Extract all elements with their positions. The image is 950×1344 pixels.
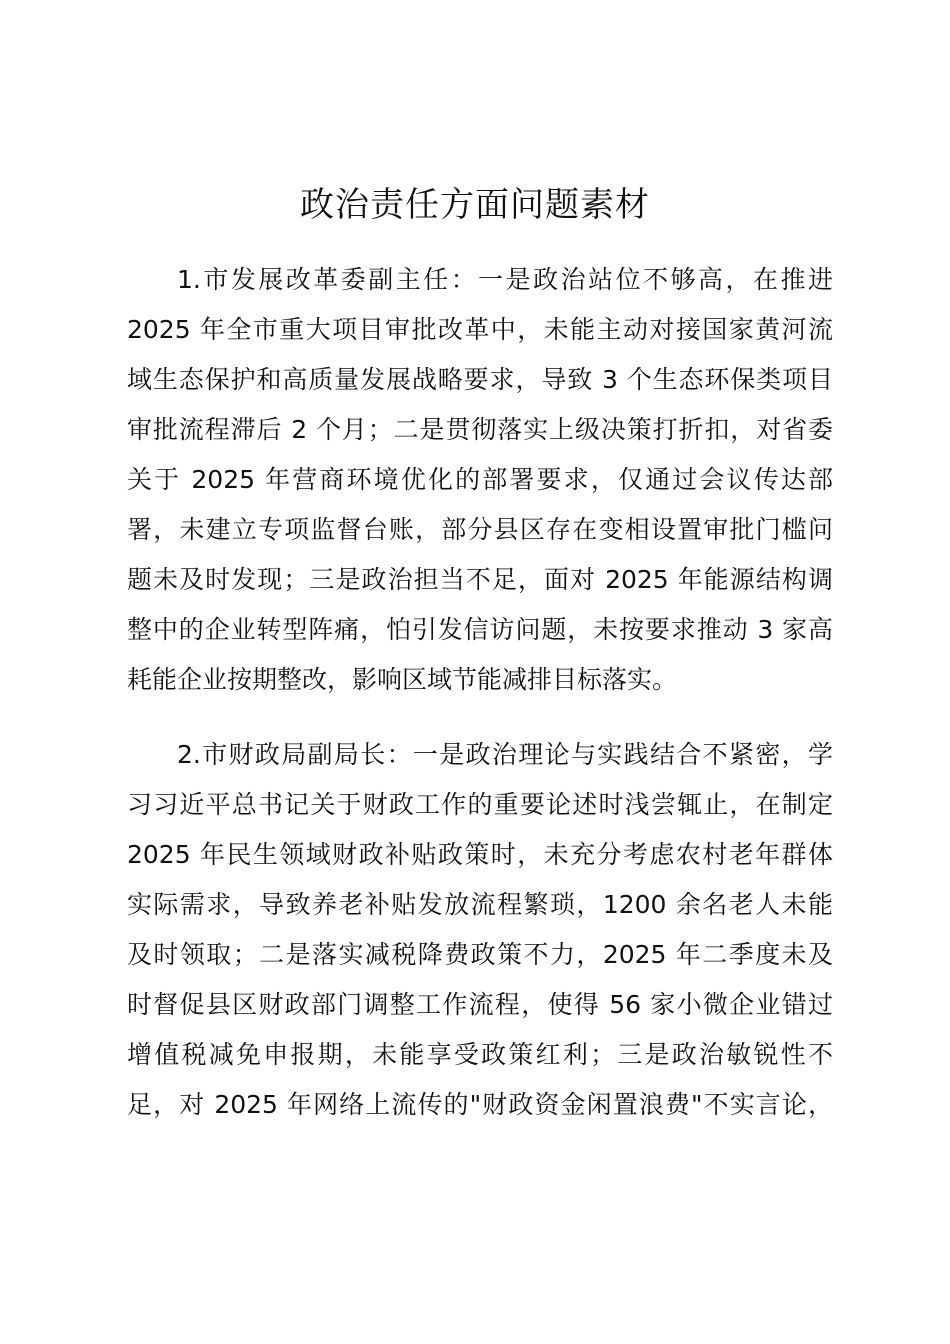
paragraph-line: 2025 年全市重大项目审批改革中，未能主动对接国家黄河流 [127, 305, 833, 355]
paragraph-line: 1.市发展改革委副主任：一是政治站位不够高，在推进 [177, 255, 833, 305]
paragraph-line: 习习近平总书记关于财政工作的重要论述时浅尝辄止，在制定 [127, 780, 833, 830]
paragraph-line: 署，未建立专项监督台账，部分县区存在变相设置审批门槛问 [127, 505, 833, 555]
paragraph-line: 关于 2025 年营商环境优化的部署要求，仅通过会议传达部 [127, 455, 833, 505]
paragraph-line: 审批流程滞后 2 个月；二是贯彻落实上级决策打折扣，对省委 [127, 405, 833, 455]
document-title: 政治责任方面问题素材 [0, 180, 950, 230]
paragraph-line: 时督促县区财政部门调整工作流程，使得 56 家小微企业错过 [127, 980, 833, 1030]
paragraph-line: 域生态保护和高质量发展战略要求，导致 3 个生态环保类项目 [127, 355, 833, 405]
paragraph-line: 整中的企业转型阵痛，怕引发信访问题，未按要求推动 3 家高 [127, 605, 833, 655]
paragraph-line: 实际需求，导致养老补贴发放流程繁琐，1200 余名老人未能 [127, 880, 833, 930]
paragraph-line: 题未及时发现；三是政治担当不足，面对 2025 年能源结构调 [127, 555, 833, 605]
paragraph-line: 耗能企业按期整改，影响区域节能减排目标落实。 [127, 655, 833, 705]
document-page: 政治责任方面问题素材 1.市发展改革委副主任：一是政治站位不够高，在推进 202… [0, 0, 950, 1344]
paragraph-line: 2025 年民生领域财政补贴政策时，未充分考虑农村老年群体 [127, 830, 833, 880]
paragraph-line: 增值税减免申报期，未能享受政策红利；三是政治敏锐性不 [127, 1030, 833, 1080]
paragraph-line: 足，对 2025 年网络上流传的"财政资金闲置浪费"不实言论， [127, 1080, 833, 1130]
paragraph-line: 2.市财政局副局长：一是政治理论与实践结合不紧密，学 [177, 730, 833, 780]
paragraph-line: 及时领取；二是落实减税降费政策不力，2025 年二季度未及 [127, 930, 833, 980]
